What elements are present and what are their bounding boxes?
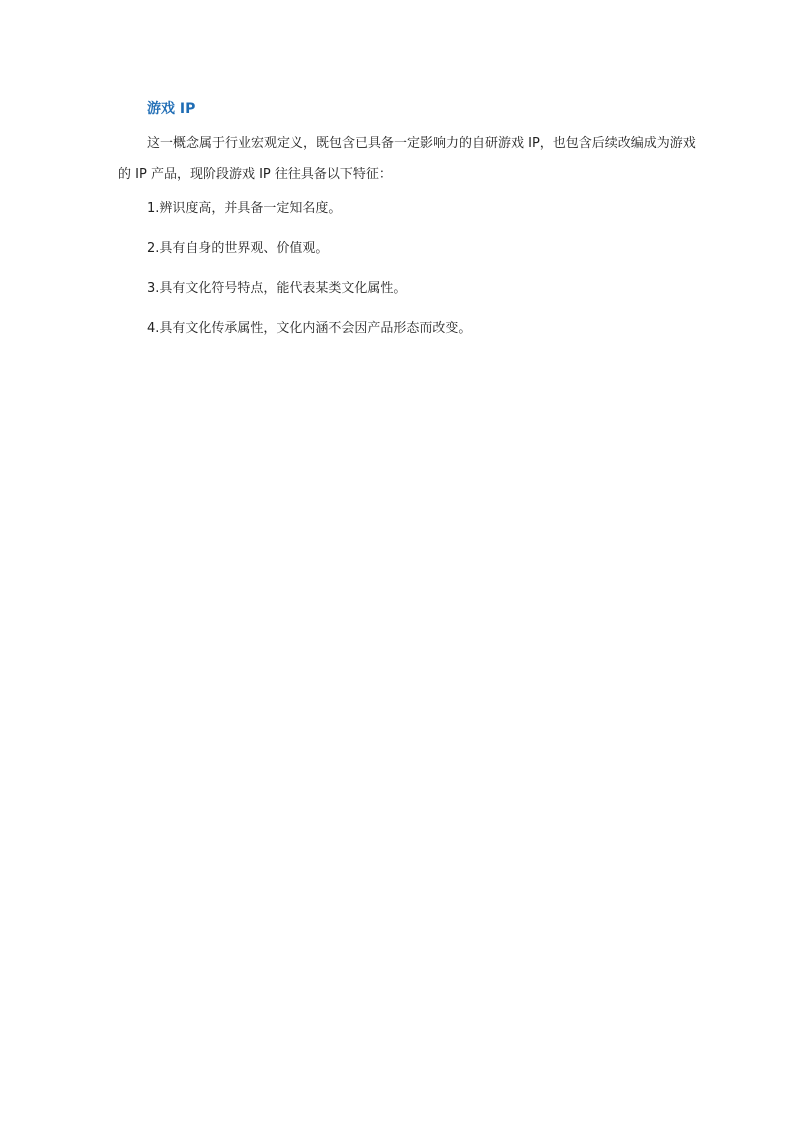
document-page: 游戏 IP 这一概念属于行业宏观定义，既包含已具备一定影响力的自研游戏 IP，也… xyxy=(0,0,794,1123)
feature-item-1: 1.辨识度高，并具备一定知名度。 xyxy=(147,199,341,219)
feature-item-3: 3.具有文化符号特点，能代表某类文化属性。 xyxy=(147,279,406,299)
intro-paragraph: 这一概念属于行业宏观定义，既包含已具备一定影响力的自研游戏 IP，也包含后续改编… xyxy=(118,128,698,190)
feature-item-2: 2.具有自身的世界观、价值观。 xyxy=(147,239,328,259)
section-heading: 游戏 IP xyxy=(147,99,195,119)
intro-paragraph-text: 这一概念属于行业宏观定义，既包含已具备一定影响力的自研游戏 IP，也包含后续改编… xyxy=(118,136,696,182)
feature-item-4: 4.具有文化传承属性，文化内涵不会因产品形态而改变。 xyxy=(147,319,471,339)
